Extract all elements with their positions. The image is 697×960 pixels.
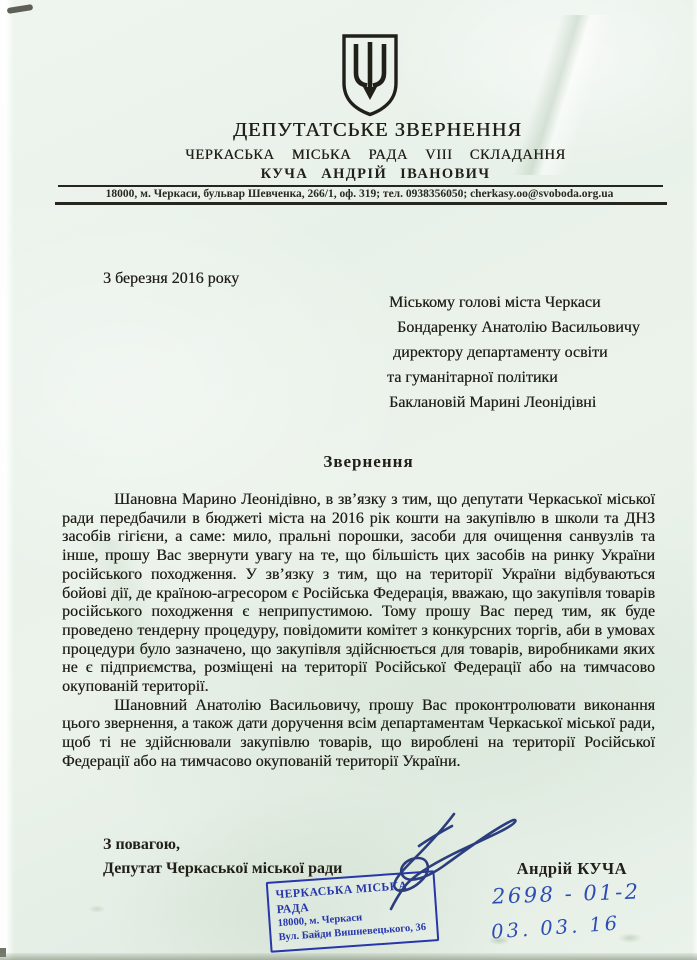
handwritten-registration-date: 03. 03. 16 — [490, 912, 621, 944]
scan-smudge — [88, 905, 106, 913]
signer-position: Депутат Черкаської міської ради — [103, 857, 342, 881]
recipient-line: директору департаменту освіти — [393, 340, 640, 365]
scan-edge-left — [0, 0, 14, 960]
letterhead-rule-top — [58, 185, 663, 187]
scanned-letter-page: ДЕПУТАТСЬКЕ ЗВЕРНЕННЯ ЧЕРКАСЬКА МІСЬКА Р… — [0, 0, 697, 960]
letterhead: ДЕПУТАТСЬКЕ ЗВЕРНЕННЯ ЧЕРКАСЬКА МІСЬКА Р… — [0, 0, 697, 205]
recipient-line: Бондаренку Анатолію Васильовичу — [397, 315, 640, 340]
handwritten-registration-number: 2698 - 01-2 — [492, 879, 641, 908]
recipient-line: та гуманітарної політики — [387, 365, 640, 390]
recipient-block: Міському голові міста Черкаси Бондаренку… — [387, 290, 640, 415]
scan-edge-right — [692, 0, 697, 960]
scan-edge-bottom — [0, 953, 697, 960]
recipient-line: Міському голові міста Черкаси — [389, 290, 640, 315]
signer-name: Андрій КУЧА — [517, 857, 627, 881]
recipient-line: Баклановій Марині Леонідівні — [389, 390, 640, 415]
trident-icon — [339, 33, 401, 117]
letter-date: 3 березня 2016 року — [103, 270, 239, 288]
body-paragraph: Шановний Анатолію Васильовичу, прошу Вас… — [62, 697, 655, 772]
coat-of-arms-emblem — [339, 33, 401, 117]
letter-subject: Звернення — [0, 452, 697, 472]
letterhead-council: ЧЕРКАСЬКА МІСЬКА РАДА VIII СКЛАДАННЯ — [0, 147, 697, 164]
letter-body: Шановна Марино Леонідівно, в зв’язку з т… — [62, 491, 655, 772]
letterhead-address: 18000, м. Черкаси, бульвар Шевченка, 266… — [0, 188, 697, 200]
letterhead-title: ДЕПУТАТСЬКЕ ЗВЕРНЕННЯ — [0, 119, 697, 142]
scan-smudge — [618, 933, 642, 943]
body-paragraph: Шановна Марино Леонідівно, в зв’язку з т… — [62, 491, 655, 697]
letterhead-rule-bottom — [55, 202, 667, 205]
letterhead-deputy-name: КУЧА АНДРІЙ ІВАНОВИЧ — [0, 166, 697, 183]
